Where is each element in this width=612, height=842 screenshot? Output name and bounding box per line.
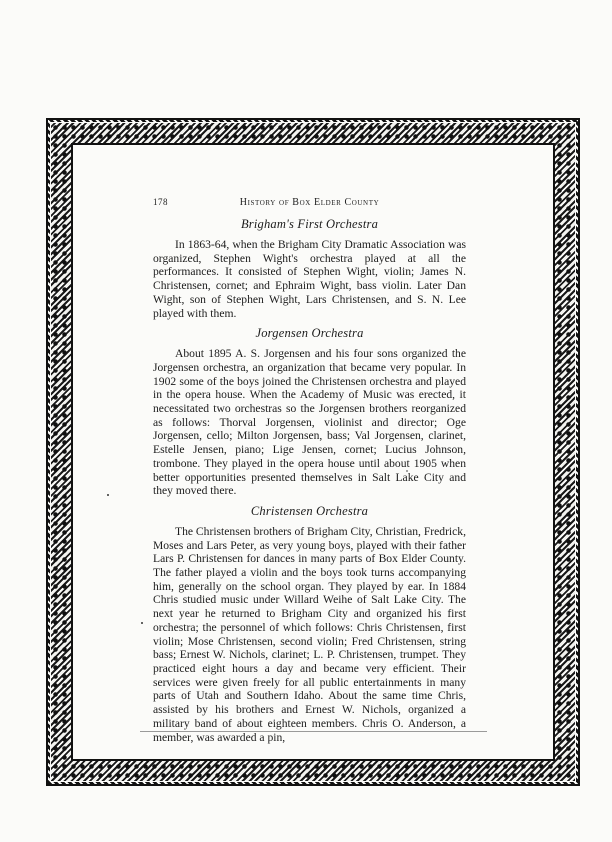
- section-paragraph: The Christensen brothers of Brigham City…: [153, 525, 466, 744]
- section-paragraph: In 1863-64, when the Brigham City Dramat…: [153, 238, 466, 320]
- section-christensen-orchestra: Christensen Orchestra The Christensen br…: [153, 504, 466, 744]
- scan-speck: [107, 494, 109, 496]
- section-heading: Brigham's First Orchestra: [153, 217, 466, 232]
- footer-rule: [140, 731, 487, 732]
- section-brighams-first-orchestra: Brigham's First Orchestra In 1863-64, wh…: [153, 217, 466, 320]
- running-head: 178 History of Box Elder County: [153, 195, 466, 211]
- book-title: History of Box Elder County: [153, 197, 466, 208]
- section-heading: Jorgensen Orchestra: [153, 326, 466, 341]
- scan-speck: [141, 622, 143, 624]
- scan-speck: [406, 470, 408, 472]
- section-paragraph: About 1895 A. S. Jorgensen and his four …: [153, 347, 466, 498]
- page-content: 178 History of Box Elder County Brigham'…: [153, 195, 466, 744]
- section-jorgensen-orchestra: Jorgensen Orchestra About 1895 A. S. Jor…: [153, 326, 466, 498]
- section-heading: Christensen Orchestra: [153, 504, 466, 519]
